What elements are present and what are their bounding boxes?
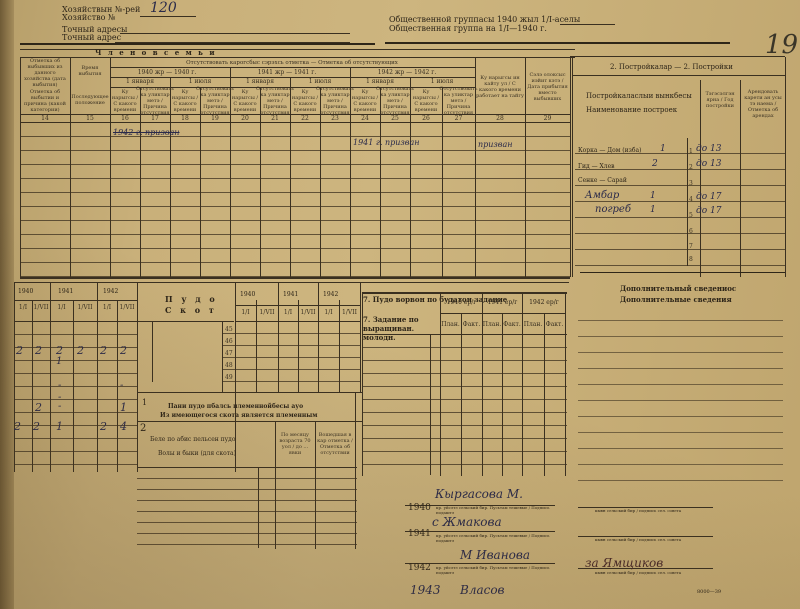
livestock-row-no-47: 47 xyxy=(225,350,233,357)
col-number-14: 14 xyxy=(20,115,70,122)
building-row-1-count: 1 xyxy=(660,144,666,154)
col-number-25: 25 xyxy=(380,115,410,122)
breeding-q-num: 1 xyxy=(142,398,147,407)
lv-r1-c6: 2 xyxy=(120,344,127,357)
building-row-4-name: Амбар xyxy=(585,190,619,201)
sub-header-22: Ку нарыгсы / С какого времени xyxy=(291,88,319,114)
col15-header-top: Время выбытия xyxy=(71,60,109,82)
sub-1942-jul: 1/VII xyxy=(117,303,137,312)
signature-caption-1941: кр. уйсэтэ сельский бир. Пусьтам тешевые… xyxy=(436,533,566,543)
col-number-22: 22 xyxy=(290,115,320,122)
sub-header-20: Ку нарыгсы / С какого времени xyxy=(231,88,259,114)
lv-r7-c3: 1 xyxy=(56,420,63,433)
lv-r1-c5: 2 xyxy=(100,344,107,357)
building-row-1-no: 1 xyxy=(689,148,693,155)
livestock-title-ru: С к о т xyxy=(165,306,217,315)
building-row-1-name: Корка — Дом (изба) xyxy=(578,146,641,155)
livestock-year-1940-left: 1940 xyxy=(18,287,33,296)
building-row-3-no: 3 xyxy=(689,180,693,187)
q2-ru: Волы и быки (для скота) xyxy=(158,449,236,458)
family-section-title: Ч л е н о в с е м ь и xyxy=(95,48,217,57)
absence-title: Отсутствовать карогсбыс сэрэхсь отметка … xyxy=(112,58,472,67)
building-row-4-year: до 17 xyxy=(696,192,721,202)
ys-year-1942: 1942 ер/г xyxy=(523,296,565,308)
lv-r7-c5: 2 xyxy=(100,420,107,433)
col-number-16: 16 xyxy=(110,115,140,122)
period-1942-jan: 1 января xyxy=(352,78,408,86)
additional-title-ru: Дополнительные сведения xyxy=(620,295,732,304)
signature-1940: Кыргасова М. xyxy=(435,487,523,501)
buildings-title: 2. Постройкалар — 2. Постройки xyxy=(610,63,733,72)
building-row-4-no: 4 xyxy=(689,196,693,203)
livestock-right-grid xyxy=(222,322,360,392)
signature-year-1942: 1942 xyxy=(408,564,431,573)
building-row-6-no: 6 xyxy=(689,228,693,235)
sub-1941-jul: 1/VII xyxy=(73,303,97,312)
sub-r-1942-jul: 1/VII xyxy=(339,308,360,317)
ys-1940-fact: Факт. xyxy=(461,318,482,330)
livestock-year-1942-right: 1942 xyxy=(323,290,338,299)
col14-header-top: Отметка об выбывших из данного хозяйства… xyxy=(21,58,69,88)
buildings-year-header: Тэгэсэлгэн ярна / Год постройки xyxy=(701,80,739,120)
sub-1940-jul: 1/VII xyxy=(32,303,50,312)
lv-r2-c3: 1 xyxy=(56,356,62,367)
col28-header: Ку нарыгсы ин кайту ул / С какого времен… xyxy=(476,62,524,112)
signature-1942: М Иванова xyxy=(460,548,530,562)
building-row-2-count: 2 xyxy=(652,159,658,169)
household-number: 120 xyxy=(150,0,177,16)
address-label-ru: Точный адрес xyxy=(62,33,121,42)
livestock-row-no-49: 49 xyxy=(225,374,233,381)
sub-r-1940-jul: 1/VII xyxy=(256,308,278,317)
livestock-year-1941-right: 1941 xyxy=(283,290,298,299)
livestock-title-kz: П у д о xyxy=(165,295,218,304)
lv-r7-c2: 2 xyxy=(33,420,40,433)
book-spine xyxy=(0,0,14,609)
building-row-5-year: до 17 xyxy=(696,206,721,216)
household-label-ru: Хозяйство № xyxy=(62,13,116,22)
ys-1941-plan: План. xyxy=(482,318,502,330)
ys-1940-plan: План. xyxy=(440,318,461,330)
building-row-2-name: Гид — Хлев xyxy=(578,162,615,171)
building-row-8-no: 8 xyxy=(689,256,693,263)
ys-year-1941: 1941 ер/г xyxy=(483,296,522,308)
col-number-26: 26 xyxy=(410,115,442,122)
year-1942-label: 1942 жр — 1942 г. xyxy=(352,68,462,77)
sub-header-17: Отсутствовать ка уликтар метэ / Причина … xyxy=(141,88,169,114)
lv-r1-c2: 2 xyxy=(35,344,42,357)
building-row-3-name: Сенке — Сарай xyxy=(578,176,627,185)
col15-header-bottom: Последующее положение xyxy=(71,90,109,110)
col-number-24: 24 xyxy=(350,115,380,122)
sub-1941-jan: 1/I xyxy=(50,303,73,312)
period-1942-jul: 1 июля xyxy=(412,78,472,86)
livestock-year-1940-right: 1940 xyxy=(240,290,255,299)
lv-r6-c6: 1 xyxy=(120,401,127,414)
ys-year-1940: 1940 ер/г xyxy=(441,296,482,308)
entry-col25: призван xyxy=(385,138,419,147)
livestock-year-1942-left: 1942 xyxy=(103,287,118,296)
signature-year-1941: 1941 xyxy=(408,530,431,539)
building-row-2-no: 2 xyxy=(689,164,693,171)
breeding-q-kz: Пани пудо пбалсь племеннойбесы ауо xyxy=(168,402,303,411)
signature-year-1943: 1943 xyxy=(410,583,441,597)
year-1941-label: 1941 жр — 1941 г. xyxy=(232,68,342,77)
q2-rows-grid xyxy=(137,468,357,548)
additional-lines xyxy=(578,305,783,495)
ledger-page: Хозяйствын №-рей 120 Хозяйство № Точный … xyxy=(0,0,800,609)
lv-r7-c6: 4 xyxy=(120,420,127,433)
buildings-name-header-ru: Наименование построек xyxy=(586,106,677,115)
livestock-year-1941-left: 1941 xyxy=(58,287,73,296)
social-group-ru: Общественная группа на 1/I—1940 г. xyxy=(389,24,547,33)
sub-r-1942-jan: 1/I xyxy=(318,308,339,317)
col14-header-bottom: Отметка об выбытии и причина (какой кате… xyxy=(21,88,69,114)
col-number-15: 15 xyxy=(70,115,110,122)
buildings-name-header-kz: Постройкаласлыи вынкбесы xyxy=(586,92,692,101)
signature-1943: Власов xyxy=(460,583,505,597)
lv-r4-c3: - xyxy=(58,380,61,391)
q2-col-b-header: Вошедшая в кар отметка / Отметка об отсу… xyxy=(316,425,354,463)
livestock-row-no-46: 46 xyxy=(225,338,233,345)
col-number-23: 23 xyxy=(320,115,350,122)
sub-header-18: Ку нарыгсы / С какого времени xyxy=(171,88,199,114)
sub-header-25: Отсутствовать ка уликтар метэ / Причина … xyxy=(381,88,409,114)
right-sig-caption-2: кывн сельский бир / подпись сел. совета xyxy=(595,537,705,542)
ys-1942-fact: Факт. xyxy=(544,318,565,330)
lv-r1-c4: 2 xyxy=(77,344,84,357)
col-number-29: 29 xyxy=(525,115,570,122)
period-1940-jul: 1 июля xyxy=(172,78,228,86)
building-row-1-year: до 13 xyxy=(696,144,721,154)
col-number-19: 19 xyxy=(200,115,230,122)
col-number-27: 27 xyxy=(442,115,475,122)
period-1940-jan: 1 января xyxy=(112,78,168,86)
col-number-28: 28 xyxy=(475,115,525,122)
livestock-left-grid xyxy=(14,322,137,472)
signature-caption-1942: кр. уйсэтэ сельский бир. Пусьтам тешевые… xyxy=(436,565,566,575)
q2-num: 2 xyxy=(140,424,146,433)
lv-r6-c3: - xyxy=(58,401,61,412)
building-row-5-name: погреб xyxy=(595,204,631,215)
footer-code: 8000—39 xyxy=(697,588,721,597)
sub-header-19: Отсутствовать ка уликтар метэ / Причина … xyxy=(201,88,229,114)
signature-caption-1940: кр. уйсэтэ сельский бир. Пусьтам тешевые… xyxy=(436,505,566,515)
lv-r7-c1: 2 xyxy=(14,420,21,433)
col29-header: Сэлэ олоксыс иэйит кэтэ / Дата прибытия … xyxy=(526,62,569,112)
additional-title-kz: Дополнительный сведениос xyxy=(620,284,736,293)
buildings-remark-header: Арендовать карети ан усы тэ наема / Отме… xyxy=(741,80,785,128)
sub-r-1941-jul: 1/VII xyxy=(298,308,318,317)
ys-1942-plan: План. xyxy=(522,318,544,330)
building-row-4-count: 1 xyxy=(650,191,656,201)
building-row-5-count: 1 xyxy=(650,205,656,215)
col-number-21: 21 xyxy=(260,115,290,122)
buildings-rows-grid xyxy=(575,138,785,266)
sub-1940-jan: 1/I xyxy=(14,303,32,312)
sub-header-26: Ку нарыгсы / С какого времени xyxy=(411,88,441,114)
col-number-18: 18 xyxy=(170,115,200,122)
col-number-20: 20 xyxy=(230,115,260,122)
signature-1941: с Жмакова xyxy=(432,515,502,529)
sub-r-1941-jan: 1/I xyxy=(278,308,298,317)
col-number-17: 17 xyxy=(140,115,170,122)
livestock-row-no-48: 48 xyxy=(225,362,233,369)
sub-r-1940-jan: 1/I xyxy=(235,308,256,317)
lv-r6-c2: 2 xyxy=(35,401,42,414)
right-signature-3: за Ямщиков xyxy=(585,556,663,570)
sub-header-24: Ку нарыгсы / С какого времени xyxy=(351,88,379,114)
building-row-5-no: 5 xyxy=(689,212,693,219)
entry-col24: 1941 г. xyxy=(353,138,383,147)
lv-r1-c1: 2 xyxy=(16,344,23,357)
right-sig-caption-1: кывн сельский бир / подпись сел. совета xyxy=(595,508,705,513)
building-row-7-no: 7 xyxy=(689,243,693,250)
right-sig-caption-3: кывн сельский бир / подпись сел. совета xyxy=(595,570,705,575)
year-1940-label: 1940 жр — 1940 г. xyxy=(112,68,222,77)
period-1941-jul: 1 июля xyxy=(292,78,348,86)
sub-header-27: Отсутствовать ка уликтар метэ / Причина … xyxy=(443,88,474,114)
lv-r4-c5: - xyxy=(120,380,123,391)
social-group-kz: Общественной группасы 1940 жыл 1/I-аселы xyxy=(389,15,580,24)
breeding-q-ru: Из имеющегося скота является племенным xyxy=(160,411,318,420)
young-stock-grid xyxy=(362,335,567,475)
sub-1942-jan: 1/I xyxy=(97,303,117,312)
sub-header-23: Отсутствовать ка уликтар метэ / Причина … xyxy=(321,88,349,114)
sub-header-16: Ку нарыгсы / С какого времени xyxy=(111,88,139,114)
q2-col-a-header: По месяцу возраста 70 уол / до ... явки xyxy=(276,425,314,463)
entry-col16: 1942 г. призван xyxy=(113,128,180,137)
livestock-row-no-45: 45 xyxy=(225,326,233,333)
period-1941-jan: 1 января xyxy=(232,78,288,86)
building-row-2-year: до 13 xyxy=(696,159,721,169)
sub-header-21: Отсутствовать ка уликтар метэ / Причина … xyxy=(261,88,289,114)
signature-year-1940: 1940 xyxy=(408,504,431,513)
entry-col28: призван xyxy=(478,140,512,149)
ys-1941-fact: Факт. xyxy=(502,318,522,330)
q2-kz: Беле по абис пельсен пудо xyxy=(150,435,236,444)
